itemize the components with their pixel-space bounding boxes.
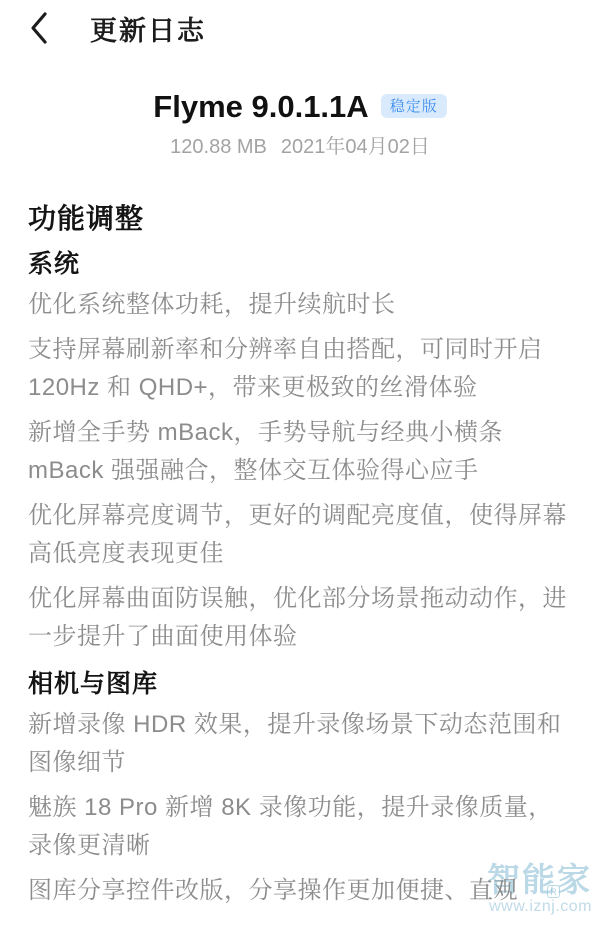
changelog-item: 新增录像 HDR 效果，提升录像场景下动态范围和图像细节 <box>28 706 572 782</box>
changelog-item: 支持屏幕刷新率和分辨率自由搭配，可同时开启 120Hz 和 QHD+，带来更极致… <box>28 331 572 407</box>
changelog-item: 图库分享控件改版，分享操作更加便捷、直观 <box>28 872 572 910</box>
changelog-item: 优化屏幕亮度调节，更好的调配亮度值，使得屏幕高低亮度表现更佳 <box>28 497 572 573</box>
update-log-page: 更新日志 Flyme 9.0.1.1A稳定版 120.88 MB2021年04月… <box>0 0 600 910</box>
version-line: Flyme 9.0.1.1A稳定版 <box>28 86 572 128</box>
header-bar: 更新日志 <box>28 0 572 42</box>
group-title-system: 系统 <box>28 249 572 279</box>
page-title: 更新日志 <box>90 9 206 48</box>
changelog-item: 新增全手势 mBack，手势导航与经典小横条 mBack 强强融合，整体交互体验… <box>28 414 572 490</box>
back-chevron-icon <box>28 10 50 46</box>
changelog: 功能调整 系统 优化系统整体功耗，提升续航时长 支持屏幕刷新率和分辨率自由搭配，… <box>28 202 572 910</box>
changelog-item: 魅族 18 Pro 新增 8K 录像功能，提升录像质量，录像更清晰 <box>28 789 572 865</box>
changelog-item: 优化屏幕曲面防误触，优化部分场景拖动动作，进一步提升了曲面使用体验 <box>28 580 572 656</box>
version-meta: 120.88 MB2021年04月02日 <box>28 134 572 160</box>
release-date: 2021年04月02日 <box>281 136 430 158</box>
package-size: 120.88 MB <box>170 136 267 158</box>
stable-version-badge: 稳定版 <box>381 94 447 118</box>
version-block: Flyme 9.0.1.1A稳定版 120.88 MB2021年04月02日 <box>28 86 572 160</box>
section-title: 功能调整 <box>28 202 572 236</box>
version-name: Flyme 9.0.1.1A <box>153 89 368 124</box>
group-title-camera-gallery: 相机与图库 <box>28 669 572 699</box>
changelog-item: 优化系统整体功耗，提升续航时长 <box>28 286 572 324</box>
back-button[interactable] <box>28 10 62 46</box>
